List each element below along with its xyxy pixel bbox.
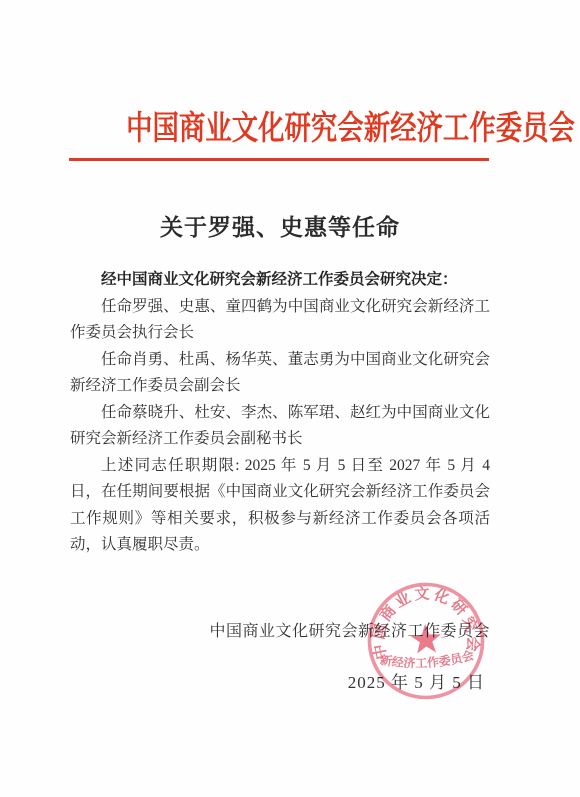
official-document-page: 中国商业文化研究会新经济工作委员会 关于罗强、史惠等任命 经中国商业文化研究会新… bbox=[0, 0, 580, 797]
letterhead-divider-rule bbox=[69, 158, 489, 161]
svg-text:中国商业文化研究会: 中国商业文化研究会 bbox=[367, 582, 484, 661]
document-title: 关于罗强、史惠等任命 bbox=[70, 209, 490, 242]
letterhead: 中国商业文化研究会新经济工作委员会 bbox=[70, 102, 490, 149]
body-paragraph-term: 上述同志任职期限: 2025 年 5 月 5 日至 2027 年 5 月 4 日… bbox=[70, 453, 490, 559]
body-intro-line: 经中国商业文化研究会新经济工作委员会研究决定： bbox=[70, 267, 490, 294]
body-paragraph-appointment-2: 任命肖勇、杜禹、杨华英、董志勇为中国商业文化研究会新经济工作委员会副会长 bbox=[70, 347, 490, 400]
letterhead-org-name: 中国商业文化研究会新经济工作委员会 bbox=[126, 102, 575, 149]
body-paragraph-appointment-1: 任命罗强、史惠、童四鹤为中国商业文化研究会新经济工作委员会执行会长 bbox=[70, 294, 490, 347]
seal-star-icon bbox=[410, 623, 442, 653]
document-body: 经中国商业文化研究会新经济工作委员会研究决定： 任命罗强、史惠、童四鹤为中国商业… bbox=[70, 267, 490, 559]
official-seal: 中国商业文化研究会 新经济工作委员会 bbox=[361, 576, 491, 706]
seal-outer-arc-text: 中国商业文化研究会 bbox=[367, 582, 484, 661]
seal-inner-arc-text: 新经济工作委员会 bbox=[378, 647, 476, 673]
official-seal-graphic: 中国商业文化研究会 新经济工作委员会 bbox=[361, 576, 491, 706]
svg-text:新经济工作委员会: 新经济工作委员会 bbox=[378, 647, 476, 673]
body-paragraph-appointment-3: 任命蔡晓升、杜安、李杰、陈军珺、赵红为中国商业文化研究会新经济工作委员会副秘书长 bbox=[70, 400, 490, 453]
